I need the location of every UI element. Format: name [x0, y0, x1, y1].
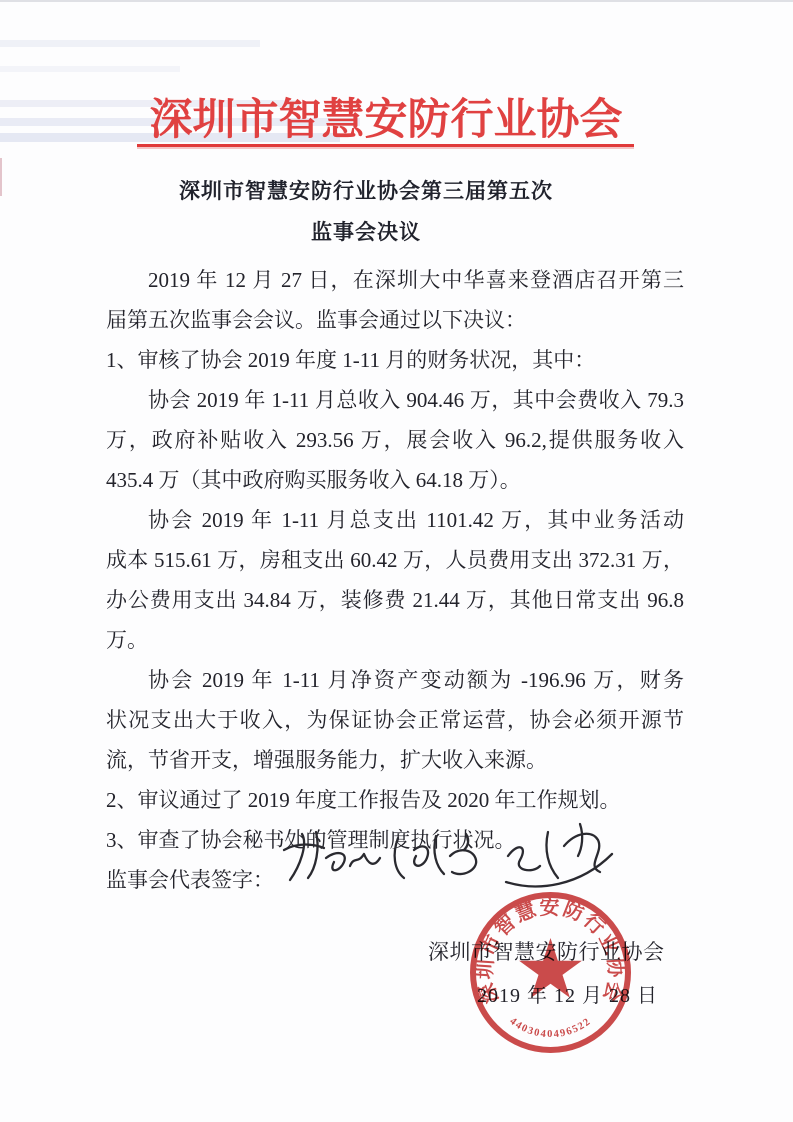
body-line: 435.4 万（其中政府购买服务收入 64.18 万）。	[106, 460, 684, 500]
body-line: 协会 2019 年 1-11 月净资产变动额为 -196.96 万，财务	[106, 660, 684, 700]
document-title-line1: 深圳市智慧安防行业协会第三届第五次	[0, 175, 732, 205]
handwritten-signature-3	[506, 824, 612, 886]
body-line: 万，政府补贴收入 293.56 万，展会收入 96.2,提供服务收入	[106, 420, 684, 460]
body-line: 成本 515.61 万，房租支出 60.42 万，人员费用支出 372.31 万…	[106, 540, 684, 580]
official-seal-stamp: 深圳市智慧安防行业协会 4403040496522	[466, 888, 635, 1057]
body-text: 2019 年 12 月 27 日，在深圳大中华喜来登酒店召开第三 届第五次监事会…	[106, 260, 684, 900]
seal-serial-number: 4403040496522	[507, 1016, 593, 1040]
body-line: 办公费用支出 34.84 万，装修费 21.44 万，其他日常支出 96.8	[106, 580, 684, 620]
body-line: 1、审核了协会 2019 年度 1-11 月的财务状况，其中：	[106, 340, 684, 380]
scan-streak	[0, 66, 180, 72]
scanned-document-page: 深圳市智慧安防行业协会 深圳市智慧安防行业协会第三届第五次 监事会决议 2019…	[0, 0, 793, 1122]
body-line: 万。	[106, 620, 684, 660]
body-line: 状况支出大于收入，为保证协会正常运营，协会必须开源节	[106, 700, 684, 740]
body-line: 流，节省开支，增强服务能力，扩大收入来源。	[106, 740, 684, 780]
seal-star-icon	[519, 938, 582, 998]
handwritten-signature-2	[395, 834, 477, 878]
letterhead-rule	[137, 144, 634, 147]
body-line: 协会 2019 年 1-11 月总收入 904.46 万，其中会费收入 79.3	[106, 380, 684, 420]
handwritten-signature-1	[284, 832, 380, 880]
body-line: 2019 年 12 月 27 日，在深圳大中华喜来登酒店召开第三	[106, 260, 684, 300]
body-line: 2、审议通过了 2019 年度工作报告及 2020 年工作规划。	[106, 780, 684, 820]
body-line: 届第五次监事会会议。监事会通过以下决议：	[106, 300, 684, 340]
body-line: 协会 2019 年 1-11 月总支出 1101.42 万，其中业务活动	[106, 500, 684, 540]
document-title-line2: 监事会决议	[0, 216, 732, 246]
letterhead-org-name: 深圳市智慧安防行业协会	[0, 86, 772, 147]
scan-streak	[0, 40, 260, 47]
scan-edge-artifact	[0, 0, 793, 2]
